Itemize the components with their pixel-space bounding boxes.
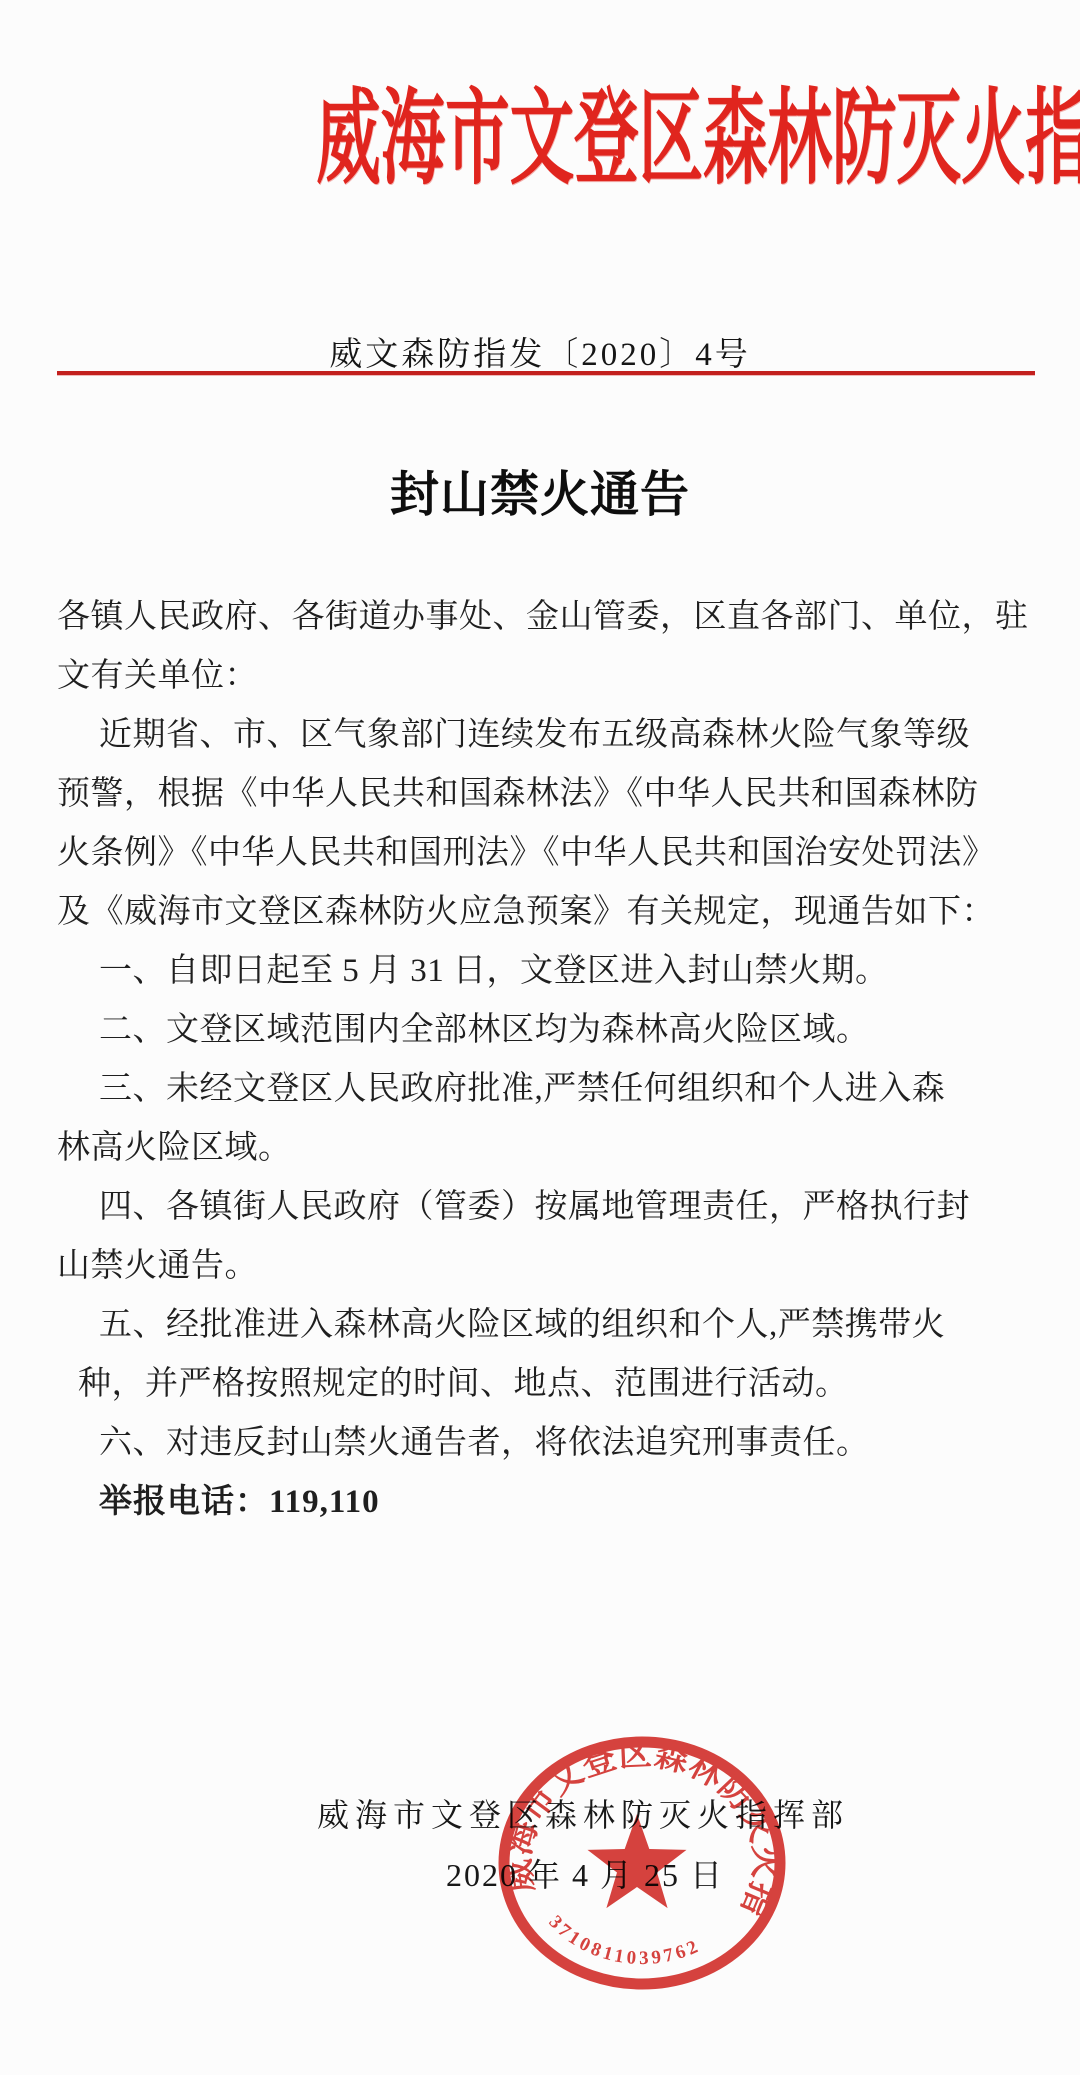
- body-line: 三、未经文登区人民政府批准,严禁任何组织和个人进入森: [57, 1060, 1039, 1119]
- body-line: 火条例》《中华人民共和国刑法》《中华人民共和国治安处罚法》: [57, 824, 1039, 883]
- body-line: 六、对违反封山禁火通告者，将依法追究刑事责任。: [57, 1414, 1039, 1473]
- body-line: 五、经批准进入森林高火险区域的组织和个人,严禁携带火: [57, 1296, 1039, 1355]
- body-line: 山禁火通告。: [57, 1237, 1039, 1296]
- body-line: 近期省、市、区气象部门连续发布五级高森林火险气象等级: [57, 706, 1039, 765]
- red-divider-line: [57, 371, 1035, 376]
- body-line: 预警，根据《中华人民共和国森林法》《中华人民共和国森林防: [57, 765, 1039, 824]
- body-line: 二、文登区域范围内全部林区均为森林高火险区域。: [57, 1001, 1039, 1060]
- body-line: 一、自即日起至 5 月 31 日，文登区进入封山禁火期。: [57, 942, 1039, 1001]
- red-header-banner: 威海市文登区森林防灭火指挥部文件: [0, 88, 1080, 192]
- body-line: 种，并严格按照规定的时间、地点、范围进行活动。: [57, 1355, 1039, 1414]
- document-page: 威海市文登区森林防灭火指挥部文件 威文森防指发〔2020〕4号 封山禁火通告 各…: [0, 0, 1080, 2075]
- doc-number: 威文森防指发〔2020〕4号: [0, 328, 1080, 375]
- official-seal: 威海市文登区森林防灭火指挥部 3710811039762: [497, 1734, 789, 1992]
- notice-title: 封山禁火通告: [0, 456, 1080, 526]
- body-line: 举报电话：119,110: [57, 1473, 1039, 1532]
- body-line: 及《威海市文登区森林防火应急预案》有关规定，现通告如下：: [57, 883, 1039, 942]
- seal-star: [588, 1814, 687, 1908]
- body-line: 四、各镇街人民政府（管委）按属地管理责任，严格执行封: [57, 1178, 1039, 1237]
- body-line: 文有关单位：: [57, 647, 1039, 706]
- body-line: 林高火险区域。: [57, 1119, 1039, 1178]
- body-line: 各镇人民政府、各街道办事处、金山管委，区直各部门、单位，驻: [57, 588, 1039, 647]
- body-text: 各镇人民政府、各街道办事处、金山管委，区直各部门、单位，驻文有关单位：近期省、市…: [57, 588, 1039, 1532]
- red-header-title: 威海市文登区森林防灭火指挥部文件: [316, 88, 1080, 192]
